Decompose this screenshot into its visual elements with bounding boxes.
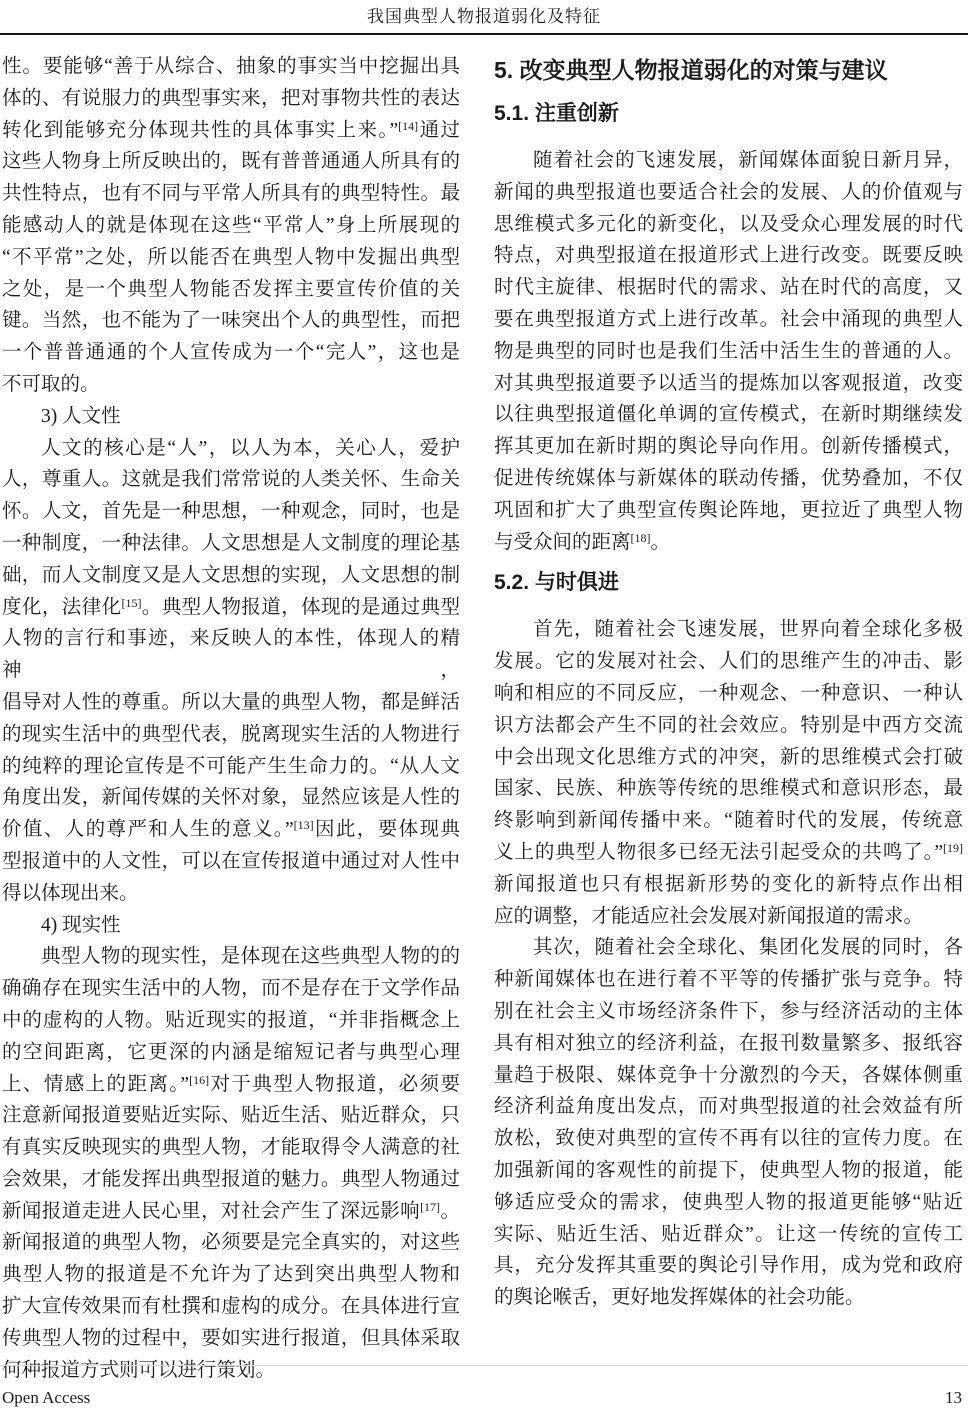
text-line: 够适应受众的需求，使典型人物的报道更能够“贴近 (494, 1187, 963, 1219)
text-line: 中的虚构的人物。贴近现实的报道，“并非指概念上 (2, 1005, 460, 1037)
text-line: 传典型人物的过程中，要如实进行报道，但具体采取 (2, 1323, 460, 1355)
text-line: 角度出发，新闻传媒的关怀对象，显然应该是人性的 (2, 782, 460, 814)
text-line: 放松，致使对典型的宣传不再有以往的宣传力度。在 (494, 1123, 963, 1155)
text-line: 国家、民族、种族等传统的思维模式和意识形态，最 (494, 773, 963, 805)
text-line: 识方法都会产生不同的社会效应。特别是中西方交流 (494, 710, 963, 742)
text-line: 与受众间的距离[18]。 (494, 527, 963, 559)
text-line: 新闻报道的典型人物，必须要是完全真实的，对这些 (2, 1227, 460, 1259)
text-line: “不平常”之处，所以能否在典型人物中发掘出典型 (2, 242, 460, 274)
text-line: 新闻报道走进人民心里，对社会产生了深远影响[17]。 (2, 1196, 460, 1228)
two-column-body: 性。要能够“善于从综合、抽象的事实当中挖掘出具体的、有说服力的典型事实来，把对事… (0, 35, 968, 1386)
text-line: 的空间距离，它更深的内涵是缩短记者与典型心理 (2, 1037, 460, 1069)
text-line: 人，尊重人。这就是我们常常说的人类关怀、生命关 (2, 464, 460, 496)
text-line: 特点，对典型报道在报道形式上进行改变。既要反映 (494, 240, 963, 272)
text-line: 得以体现出来。 (2, 878, 460, 910)
text-line: 共性特点，也有不同与平常人所具有的典型特性。最 (2, 178, 460, 210)
open-access-label: Open Access (2, 1388, 90, 1408)
text-line: 量趋于极限、媒体竞争十分激烈的今天，各媒体侧重 (494, 1060, 963, 1092)
text-line: 以往典型报道僵化单调的宣传模式，在新时期继续发 (494, 399, 963, 431)
text-line: 随着社会的飞速发展，新闻媒体面貌日新月异， (494, 145, 963, 177)
section-heading: 5. 改变典型人物报道弱化的对策与建议 (494, 55, 963, 85)
text-line: 3) 人文性 (2, 401, 460, 433)
text-line: 具有相对独立的经济利益，在报刊数量繁多、报纸容 (494, 1028, 963, 1060)
text-line: 性。要能够“善于从综合、抽象的事实当中挖掘出具 (2, 51, 460, 83)
text-line: 加强新闻的客观性的前提下，使典型人物的报道，能 (494, 1155, 963, 1187)
text-line: 义上的典型人物很多已经无法引起受众的共鸣了。”[19] (494, 837, 963, 869)
text-line: 新闻的典型报道也要适合社会的发展、人的价值观与 (494, 177, 963, 209)
text-line: 别在社会主义市场经济条件下，参与经济活动的主体 (494, 996, 963, 1028)
text-line: 实际、贴近生活、贴近群众”。让这一传统的宣传工 (494, 1219, 963, 1251)
text-line: 度化，法律化[15]。典型人物报道，体现的是通过典型 (2, 592, 460, 624)
text-line: 响和相应的不同反应，一种观念、一种意识、一种认 (494, 678, 963, 710)
text-line: 一种制度，一种法律。人文思想是人文制度的理论基 (2, 528, 460, 560)
text-line: 扩大宣传效果而有杜撰和虚构的成分。在具体进行宣 (2, 1291, 460, 1323)
text-line: 挥其更加在新时期的舆论导向作用。创新传播模式， (494, 431, 963, 463)
text-line: 价值、人的尊严和人生的意义。”[13]因此，要体现典 (2, 814, 460, 846)
text-line: 经济利益角度出发点，而对典型报道的社会效益有所 (494, 1091, 963, 1123)
subsection-heading: 5.2. 与时俱进 (494, 570, 963, 596)
text-line: 4) 现实性 (2, 910, 460, 942)
text-line: 新闻报道也只有根据新形势的变化的新特点作出相 (494, 869, 963, 901)
text-line: 种新闻媒体也在进行着不平等的传播扩张与竞争。特 (494, 964, 963, 996)
text-line: 思维模式多元化的新变化，以及受众心理发展的时代 (494, 209, 963, 241)
text-line: 何种报道方式则可以进行策划。 (2, 1355, 460, 1387)
text-line: 首先，随着社会飞速发展，世界向着全球化多极 (494, 614, 963, 646)
text-line: 人物的言行和事迹，来反映人的本性，体现人的精神， (2, 623, 460, 687)
text-line: 之处，是一个典型人物能否发挥主要宣传价值的关 (2, 274, 460, 306)
text-line: 发展。它的发展对社会、人们的思维产生的冲击、影 (494, 646, 963, 678)
text-line: 转化到能够充分体现共性的具体事实上来。”[14]通过 (2, 115, 460, 147)
right-column: 5. 改变典型人物报道弱化的对策与建议5.1. 注重创新随着社会的飞速发展，新闻… (494, 51, 963, 1386)
text-line: 注意新闻报道要贴近实际、贴近生活、贴近群众，只 (2, 1100, 460, 1132)
text-line: 不可取的。 (2, 369, 460, 401)
text-line: 终影响到新闻传播中来。“随着时代的发展，传统意 (494, 805, 963, 837)
text-line: 怀。人文，首先是一种思想，一种观念，同时，也是 (2, 496, 460, 528)
text-line: 要在典型报道方式上进行改革。社会中涌现的典型人 (494, 304, 963, 336)
text-line: 巩固和扩大了典型宣传舆论阵地，更拉近了典型人物 (494, 495, 963, 527)
text-line: 的现实生活中的典型代表，脱离现实生活的人物进行 (2, 719, 460, 751)
text-line: 础，而人文制度又是人文思想的实现，人文思想的制 (2, 560, 460, 592)
text-line: 会效果，才能发挥出典型报道的魅力。典型人物通过 (2, 1164, 460, 1196)
text-line: 中会出现文化思维方式的冲突，新的思维模式会打破 (494, 742, 963, 774)
document-page: 我国典型人物报道弱化及特征 性。要能够“善于从综合、抽象的事实当中挖掘出具体的、… (0, 0, 968, 1386)
text-line: 能感动人的就是体现在这些“平常人”身上所展现的 (2, 210, 460, 242)
running-title: 我国典型人物报道弱化及特征 (0, 6, 968, 28)
text-line: 一个普普通通的个人宣传成为一个“完人”，这也是 (2, 337, 460, 369)
text-line: 人文的核心是“人”，以人为本，关心人，爱护 (2, 433, 460, 465)
text-line: 物是典型的同时也是我们生活中活生生的普通的人。 (494, 336, 963, 368)
text-line: 对其典型报道要予以适当的提炼加以客观报道，改变 (494, 368, 963, 400)
text-line: 时代主旋律、根据时代的需求、站在时代的高度，又 (494, 272, 963, 304)
text-line: 上、情感上的距离。”[16]对于典型人物报道，必须要 (2, 1069, 460, 1101)
text-line: 确确存在现实生活中的人物，而不是存在于文学作品 (2, 973, 460, 1005)
subsection-heading: 5.1. 注重创新 (494, 101, 963, 127)
text-line: 倡导对人性的尊重。所以大量的典型人物，都是鲜活 (2, 687, 460, 719)
text-line: 应的调整，才能适应社会发展对新闻报道的需求。 (494, 901, 963, 933)
page-header: 我国典型人物报道弱化及特征 (0, 0, 968, 28)
text-line: 促进传统媒体与新媒体的联动传播，优势叠加，不仅 (494, 463, 963, 495)
text-line: 这些人物身上所反映出的，既有普普通通人所具有的 (2, 146, 460, 178)
text-line: 型报道中的人文性，可以在宣传报道中通过对人性中 (2, 846, 460, 878)
text-line: 具，充分发挥其重要的舆论引导作用，成为党和政府 (494, 1250, 963, 1282)
text-line: 典型人物的报道是不允许为了达到突出典型人物和 (2, 1259, 460, 1291)
text-line: 其次，随着社会全球化、集团化发展的同时，各 (494, 932, 963, 964)
page-footer: Open Access 13 (2, 1388, 962, 1408)
page-number: 13 (945, 1388, 962, 1408)
footer-divider (0, 1365, 968, 1366)
text-line: 的舆论喉舌，更好地发挥媒体的社会功能。 (494, 1282, 963, 1314)
text-line: 键。当然，也不能为了一味突出个人的典型性，而把 (2, 305, 460, 337)
text-line: 体的、有说服力的典型事实来，把对事物共性的表达 (2, 83, 460, 115)
text-line: 有真实反映现实的典型人物，才能取得令人满意的社 (2, 1132, 460, 1164)
text-line: 典型人物的现实性，是体现在这些典型人物的的 (2, 941, 460, 973)
text-line: 的纯粹的理论宣传是不可能产生生命力的。“从人文 (2, 751, 460, 783)
left-column: 性。要能够“善于从综合、抽象的事实当中挖掘出具体的、有说服力的典型事实来，把对事… (2, 51, 460, 1386)
